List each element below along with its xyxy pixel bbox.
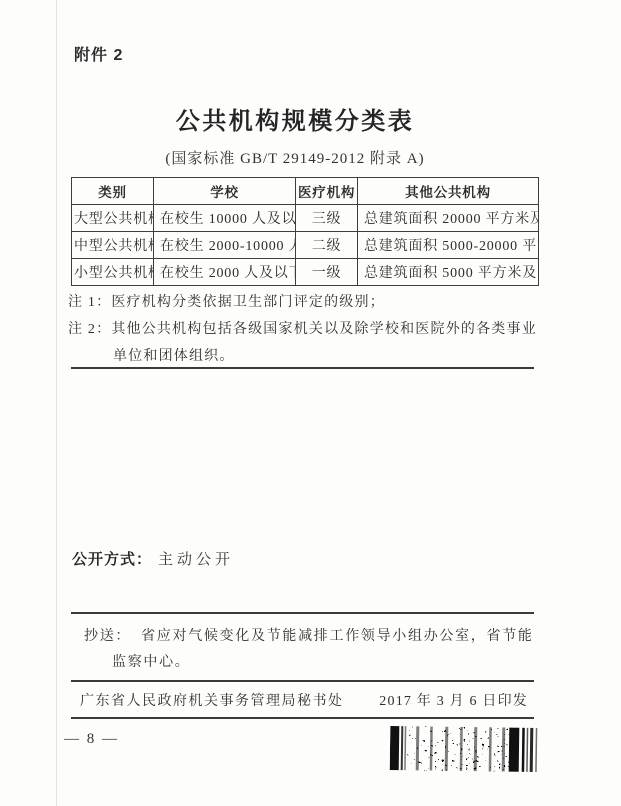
page-number: — 8 — xyxy=(64,731,119,748)
table-cell: 总建筑面积 5000-20000 平方米 xyxy=(358,232,539,259)
document-title: 公共机构规模分类表 xyxy=(165,101,424,136)
cc-text: 省应对气候变化及节能减排工作领导小组办公室，省节能监察中心。 xyxy=(112,629,534,670)
table-cell: 总建筑面积 5000 平方米及以下 xyxy=(358,259,539,286)
table-cell: 三级 xyxy=(296,205,358,232)
imprint-issuer: 广东省人民政府机关事务管理局秘书处 xyxy=(80,690,344,710)
table-cell: 在校生 2000-10000 人 xyxy=(154,232,296,259)
disclosure-label: 公开方式： xyxy=(72,551,152,568)
table-cell: 在校生 10000 人及以上 xyxy=(154,205,296,232)
table-header-row: 类别 学校 医疗机构 其他公共机构 xyxy=(72,178,539,205)
table-notes: 注 1：医疗机构分类依据卫生部门评定的级别； 注 2：其他公共机构包括各级国家机… xyxy=(68,289,546,370)
disclosure-method: 公开方式：主动公开 xyxy=(72,548,234,569)
table-cell: 一级 xyxy=(296,259,358,286)
table-cell: 小型公共机构 xyxy=(72,259,154,286)
barcode xyxy=(390,725,541,773)
separator-rule-notes xyxy=(71,367,534,369)
cc-block: 抄送：省应对气候变化及节能减排工作领导小组办公室，省节能监察中心。 xyxy=(84,624,546,676)
table-cell: 大型公共机构 xyxy=(72,205,154,232)
separator-rule-cc-bottom xyxy=(71,680,534,682)
table-cell: 总建筑面积 20000 平方米及以上 xyxy=(358,205,539,232)
table-cell: 二级 xyxy=(296,232,358,259)
imprint-date: 2017 年 3 月 6 日印发 xyxy=(379,690,528,710)
table-row: 中型公共机构 在校生 2000-10000 人 二级 总建筑面积 5000-20… xyxy=(72,232,539,259)
note-2-text: 其他公共机构包括各级国家机关以及除学校和医院外的各类事业单位和团体组织。 xyxy=(111,322,537,364)
header-other: 其他公共机构 xyxy=(358,178,539,205)
disclosure-value: 主动公开 xyxy=(158,552,234,568)
header-medical: 医疗机构 xyxy=(296,178,358,205)
document-subtitle: (国家标准 GB/T 29149-2012 附录 A) xyxy=(165,147,424,168)
table-row: 大型公共机构 在校生 10000 人及以上 三级 总建筑面积 20000 平方米… xyxy=(72,205,539,232)
header-school: 学校 xyxy=(154,178,296,205)
cc-label: 抄送： xyxy=(84,629,131,644)
separator-rule-bottom xyxy=(71,717,534,719)
table-row: 小型公共机构 在校生 2000 人及以下 一级 总建筑面积 5000 平方米及以… xyxy=(72,259,539,286)
title-block: 公共机构规模分类表 (国家标准 GB/T 29149-2012 附录 A) xyxy=(165,101,424,168)
header-category: 类别 xyxy=(72,178,154,205)
note-1-label: 注 1： xyxy=(68,295,111,310)
note-1: 注 1：医疗机构分类依据卫生部门评定的级别； xyxy=(68,289,546,316)
separator-rule-cc-top xyxy=(71,612,534,614)
classification-table: 类别 学校 医疗机构 其他公共机构 大型公共机构 在校生 10000 人及以上 … xyxy=(71,177,539,286)
note-2-label: 注 2： xyxy=(68,322,111,337)
note-1-text: 医疗机构分类依据卫生部门评定的级别； xyxy=(111,295,385,310)
document-page: 附件 2 公共机构规模分类表 (国家标准 GB/T 29149-2012 附录 … xyxy=(0,0,621,806)
note-2: 注 2：其他公共机构包括各级国家机关以及除学校和医院外的各类事业单位和团体组织。 xyxy=(68,316,546,370)
table-cell: 中型公共机构 xyxy=(72,232,154,259)
scan-page-edge xyxy=(56,0,57,806)
imprint-row: 广东省人民政府机关事务管理局秘书处 2017 年 3 月 6 日印发 xyxy=(72,690,534,710)
table-cell: 在校生 2000 人及以下 xyxy=(154,259,296,286)
attachment-label: 附件 2 xyxy=(74,42,123,65)
